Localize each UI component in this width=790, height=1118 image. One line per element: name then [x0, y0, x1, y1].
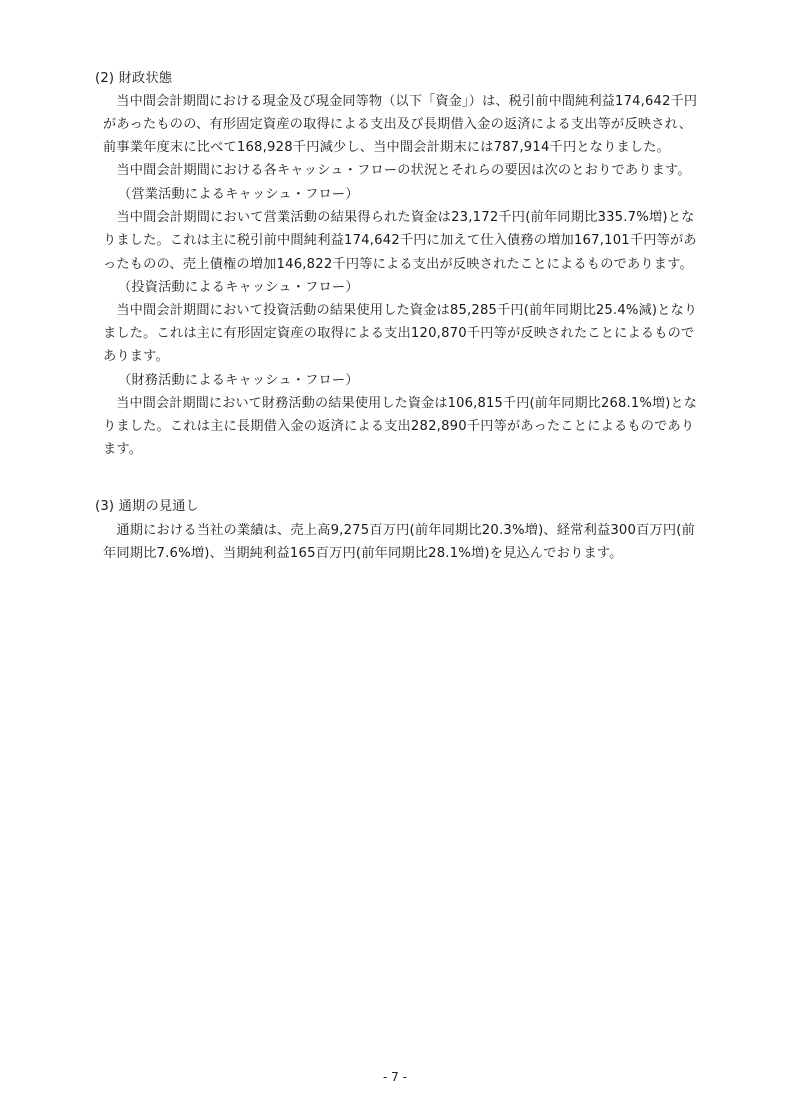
paragraph-line: 年同期比7.6%増)、当期純利益165百万円(前年同期比28.1%増)を見込んで… [103, 545, 623, 563]
paragraph-line: 当中間会計期間において投資活動の結果使用した資金は85,285千円(前年同期比2… [103, 302, 697, 320]
paragraph-line: あります。 [103, 348, 169, 366]
paragraph-line: 当中間会計期間における各キャッシュ・フローの状況とそれらの要因は次のとおりであり… [103, 162, 691, 180]
paragraph-line: りました。これは主に税引前中間純利益174,642千円に加えて仕入債務の増加16… [103, 232, 697, 250]
financing-cf-title: （財務活動によるキャッシュ・フロー） [118, 372, 359, 390]
investing-cf-title: （投資活動によるキャッシュ・フロー） [118, 279, 359, 297]
paragraph-line: ます。 [103, 441, 142, 459]
paragraph-line: 前事業年度末に比べて168,928千円減少し、当中間会計期末には787,914千… [103, 139, 670, 157]
section-2-heading: (2) 財政状態 [95, 70, 172, 88]
paragraph-line: ました。これは主に有形固定資産の取得による支出120,870千円等が反映されたこ… [103, 325, 694, 343]
paragraph-line: ったものの、売上債権の増加146,822千円等による支出が反映されたことによるも… [103, 256, 693, 274]
page-number: - 7 - [0, 1070, 790, 1084]
paragraph-line: があったものの、有形固定資産の取得による支出及び長期借入金の返済による支出等が反… [103, 116, 692, 134]
paragraph-line: 当中間会計期間において財務活動の結果使用した資金は106,815千円(前年同期比… [103, 395, 697, 413]
operating-cf-title: （営業活動によるキャッシュ・フロー） [118, 186, 359, 204]
paragraph-line: 通期における当社の業績は、売上高9,275百万円(前年同期比20.3%増)、経常… [103, 522, 695, 540]
document-page: (2) 財政状態 当中間会計期間における現金及び現金同等物（以下「資金」）は、税… [0, 0, 790, 1118]
section-3-heading: (3) 通期の見通し [95, 498, 199, 516]
paragraph-line: りました。これは主に長期借入金の返済による支出282,890千円等があったことに… [103, 418, 694, 436]
paragraph-line: 当中間会計期間における現金及び現金同等物（以下「資金」）は、税引前中間純利益17… [103, 93, 697, 111]
paragraph-line: 当中間会計期間において営業活動の結果得られた資金は23,172千円(前年同期比3… [103, 209, 694, 227]
